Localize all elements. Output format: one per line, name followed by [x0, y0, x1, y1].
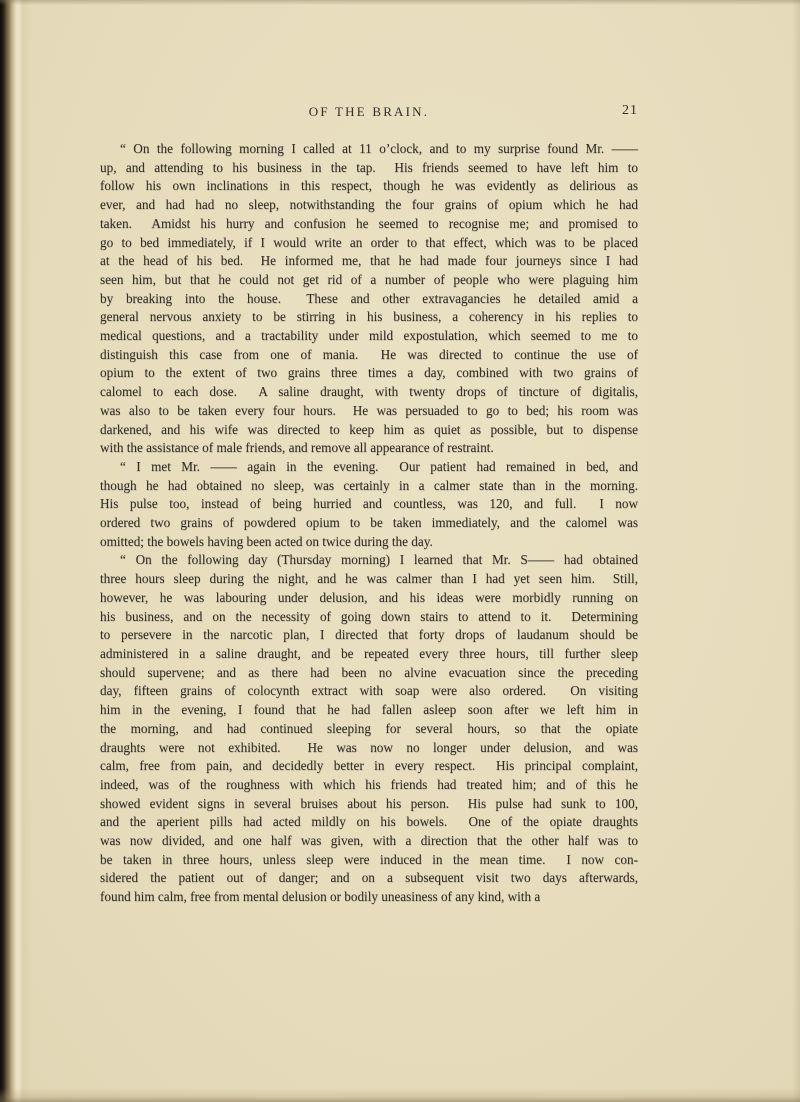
- text-line: however, he was labouring under delusion…: [100, 589, 638, 608]
- text-line: opium to the extent of two grains three …: [100, 364, 638, 383]
- paragraph: “ On the following morning I called at 1…: [100, 140, 638, 458]
- text-line: “ On the following day (Thursday morning…: [100, 551, 638, 570]
- page-top-edge: [0, 0, 800, 5]
- text-line: “ On the following morning I called at 1…: [100, 140, 638, 159]
- text-line: sidered the patient out of danger; and o…: [100, 869, 638, 888]
- text-line: at the head of his bed. He informed me, …: [100, 252, 638, 271]
- text-line: was also to be taken every four hours. H…: [100, 402, 638, 421]
- page-number: 21: [622, 103, 638, 119]
- page-right-edge: [792, 0, 800, 1102]
- text-line: omitted; the bowels having been acted on…: [100, 533, 638, 552]
- text-line: his business, and on the necessity of go…: [100, 608, 638, 627]
- text-line: go to bed immediately, if I would write …: [100, 234, 638, 253]
- text-line: taken. Amidst his hurry and confusion he…: [100, 215, 638, 234]
- text-line: indeed, was of the roughness with which …: [100, 776, 638, 795]
- text-line: should supervene; and as there had been …: [100, 664, 638, 683]
- text-line: follow his own inclinations in this resp…: [100, 177, 638, 196]
- text-line: though he had obtained no sleep, was cer…: [100, 477, 638, 496]
- text-line: seen him, but that he could not get rid …: [100, 271, 638, 290]
- binding-edge-shadow: [0, 0, 32, 1102]
- text-line: draughts were not exhibited. He was now …: [100, 739, 638, 758]
- text-line: darkened, and his wife was directed to k…: [100, 421, 638, 440]
- text-line: and the aperient pills had acted mildly …: [100, 813, 638, 832]
- text-line: him in the evening, I found that he had …: [100, 701, 638, 720]
- page-header: OF THE BRAIN. 21: [100, 104, 638, 120]
- text-line: ever, and had had no sleep, notwithstand…: [100, 196, 638, 215]
- text-line: His pulse too, instead of being hurried …: [100, 495, 638, 514]
- text-line: to persevere in the narcotic plan, I dir…: [100, 626, 638, 645]
- running-title: OF THE BRAIN.: [100, 104, 638, 120]
- text-line: “ I met Mr. —— again in the evening. Our…: [100, 458, 638, 477]
- text-line: with the assistance of male friends, and…: [100, 439, 638, 458]
- text-line: medical questions, and a tractability un…: [100, 327, 638, 346]
- paragraph: “ On the following day (Thursday morning…: [100, 551, 638, 906]
- text-line: distinguish this case from one of mania.…: [100, 346, 638, 365]
- text-line: three hours sleep during the night, and …: [100, 570, 638, 589]
- text-line: general nervous anxiety to be stirring i…: [100, 308, 638, 327]
- paragraph: “ I met Mr. —— again in the evening. Our…: [100, 458, 638, 552]
- text-line: found him calm, free from mental delusio…: [100, 888, 638, 907]
- text-line: the morning, and had continued sleeping …: [100, 720, 638, 739]
- text-line: by breaking into the house. These and ot…: [100, 290, 638, 309]
- text-line: be taken in three hours, unless sleep we…: [100, 851, 638, 870]
- text-line: showed evident signs in several bruises …: [100, 795, 638, 814]
- page-content: OF THE BRAIN. 21 “ On the following morn…: [100, 104, 638, 907]
- book-page-scan: OF THE BRAIN. 21 “ On the following morn…: [0, 0, 800, 1102]
- text-line: day, fifteen grains of colocynth extract…: [100, 682, 638, 701]
- text-line: calomel to each dose. A saline draught, …: [100, 383, 638, 402]
- text-line: administered in a saline draught, and be…: [100, 645, 638, 664]
- text-line: calm, free from pain, and decidedly bett…: [100, 757, 638, 776]
- text-line: up, and attending to his business in the…: [100, 159, 638, 178]
- text-line: was now divided, and one half was given,…: [100, 832, 638, 851]
- text-block: “ On the following morning I called at 1…: [100, 140, 638, 907]
- page-bottom-edge: [0, 1088, 800, 1102]
- text-line: ordered two grains of powdered opium to …: [100, 514, 638, 533]
